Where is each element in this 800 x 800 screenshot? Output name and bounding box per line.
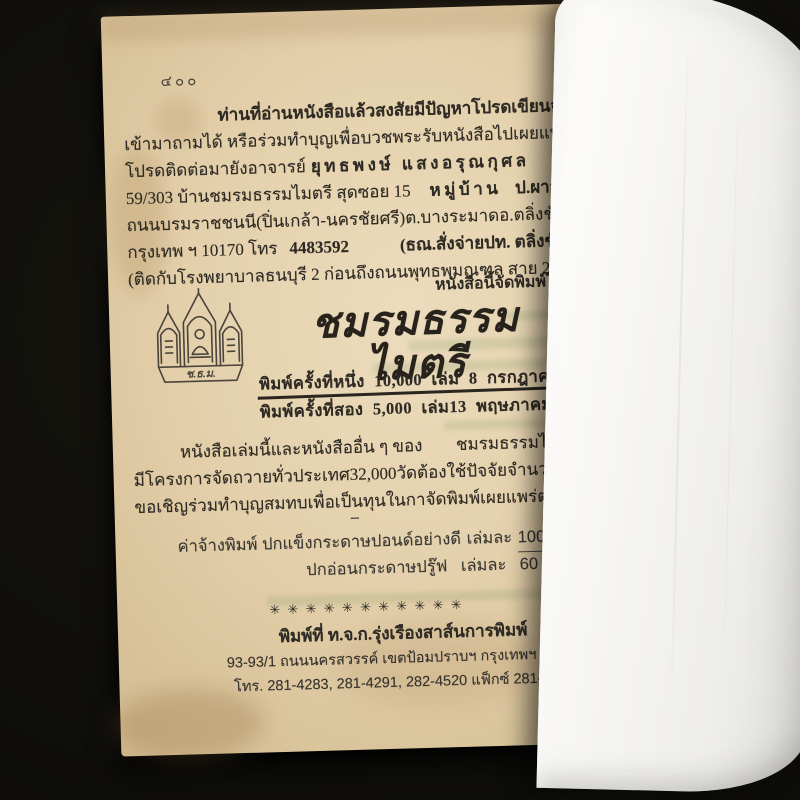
price-value: 60: [519, 551, 538, 579]
page-number: ๔๐๐: [160, 68, 199, 93]
book-page: ๔๐๐ ท่านที่อ่านหนังสือแล้วสงสัยมีปัญหา โ…: [101, 3, 599, 756]
page-content: ๔๐๐ ท่านที่อ่านหนังสือแล้วสงสัยมีปัญหา โ…: [101, 3, 599, 756]
printing-info: พิมพ์ครั้งที่หนึ่ง 10,000 เล่ม 8 กรกฎาคม…: [131, 362, 578, 430]
paper-crease: [722, 22, 740, 732]
facing-page-curled: [536, 0, 800, 794]
book-photo: { "photo": { "background_color": "#0d0d0…: [0, 0, 800, 800]
printer-info: พิมพ์ที่ ท.จ.ก.รุ่งเรืองสาส์นการพิมพ์ 93…: [138, 615, 586, 702]
paper-crease: [670, 21, 689, 731]
contact-paragraph: ท่านที่อ่านหนังสือแล้วสงสัยมีปัญหา โปรดเ…: [123, 92, 574, 293]
teacher-name: ยุทธพงษ์ แสงอรุณกุศล: [311, 151, 530, 176]
price-block: ค่าจ้างพิมพ์ ปกแข็งกระดาษปอนด์อย่างดี เล…: [135, 523, 582, 589]
phone-number: 4483592: [289, 237, 349, 258]
donation-paragraph: หนังสือเล่มนี้และหนังสืออื่น ๆ ของ ชมรมธ…: [133, 428, 581, 521]
